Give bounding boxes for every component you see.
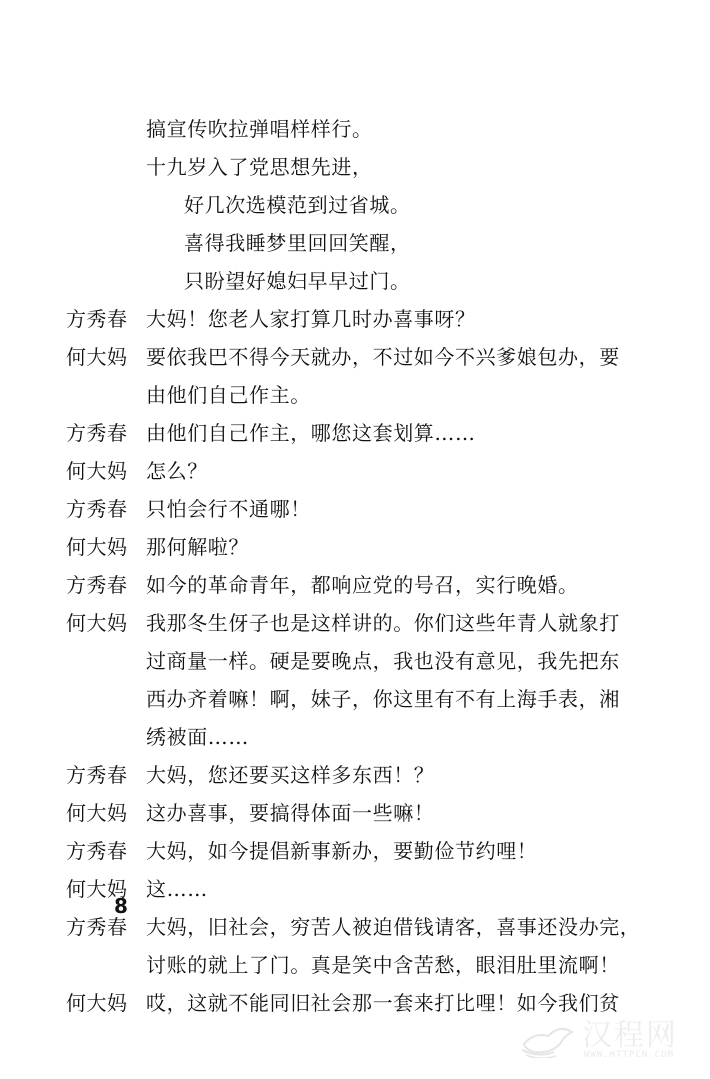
dialogue-line: 这…… [146, 874, 208, 904]
dialogue-line: 只怕会行不通哪！ [146, 494, 311, 524]
dialogue-line: 讨账的就上了门。真是笑中含苦愁，眼泪肚里流啊！ [146, 950, 620, 980]
dialogue-line: 过商量一样。硬是要晚点，我也没有意见，我先把东 [146, 646, 620, 676]
speaker-name: 方秀春 [66, 760, 146, 790]
watermark-title: 汉程网 [582, 1010, 678, 1054]
speaker-name: 何大妈 [66, 798, 146, 828]
dialogue-line: 大妈，如今提倡新事新办，要勤俭节约哩！ [146, 836, 537, 866]
speaker-name: 何大妈 [66, 874, 146, 904]
dialogue-line: 如今的革命青年，都响应党的号召，实行晚婚。 [146, 570, 579, 600]
page-number: 8 [114, 894, 128, 918]
watermark-url: WWW.HTTPCN.COM [584, 1050, 674, 1060]
speaker-name: 方秀春 [66, 304, 146, 334]
lyric-line: 好几次选模范到过省城。 [184, 190, 411, 220]
dialogue-line: 那何解啦？ [146, 532, 249, 562]
speaker-name: 方秀春 [66, 494, 146, 524]
speaker-name: 何大妈 [66, 456, 146, 486]
watermark-logo-icon [520, 1014, 576, 1058]
dialogue-line: 这办喜事，要搞得体面一些嘛！ [146, 798, 434, 828]
dialogue-line: 我那冬生伢子也是这样讲的。你们这些年青人就象打 [146, 608, 620, 638]
dialogue-line: 大妈！您老人家打算几时办喜事呀？ [146, 304, 476, 334]
speaker-name: 方秀春 [66, 836, 146, 866]
speaker-name: 方秀春 [66, 418, 146, 448]
dialogue-line: 绣被面…… [146, 722, 249, 752]
speaker-name: 方秀春 [66, 912, 146, 942]
lyric-line: 只盼望好媳妇早早过门。 [184, 266, 411, 296]
lyric-line: 喜得我睡梦里回回笑醒， [184, 228, 411, 258]
speaker-name: 何大妈 [66, 608, 146, 638]
speaker-name: 方秀春 [66, 570, 146, 600]
book-page: 搞宣传吹拉弹唱样样行。十九岁入了党思想先进，好几次选模范到过省城。喜得我睡梦里回… [0, 0, 710, 1079]
dialogue-line: 由他们自己作主，哪您这套划算…… [146, 418, 476, 448]
dialogue-line: 大妈，旧社会，穷苦人被迫借钱请客，喜事还没办完， [146, 912, 640, 942]
lyric-line: 十九岁入了党思想先进， [146, 152, 373, 182]
dialogue-line: 要依我巴不得今天就办，不过如今不兴爹娘包办，要 [146, 342, 620, 372]
dialogue-line: 由他们自己作主。 [146, 380, 311, 410]
speaker-name: 何大妈 [66, 532, 146, 562]
dialogue-line: 西办齐着嘛！啊，妹子，你这里有不有上海手表，湘 [146, 684, 620, 714]
speaker-name: 何大妈 [66, 342, 146, 372]
dialogue-line: 怎么？ [146, 456, 208, 486]
watermark: 汉程网 WWW.HTTPCN.COM [520, 1010, 700, 1070]
dialogue-line: 大妈，您还要买这样多东西！？ [146, 760, 434, 790]
speaker-name: 何大妈 [66, 988, 146, 1018]
lyric-line: 搞宣传吹拉弹唱样样行。 [146, 114, 373, 144]
